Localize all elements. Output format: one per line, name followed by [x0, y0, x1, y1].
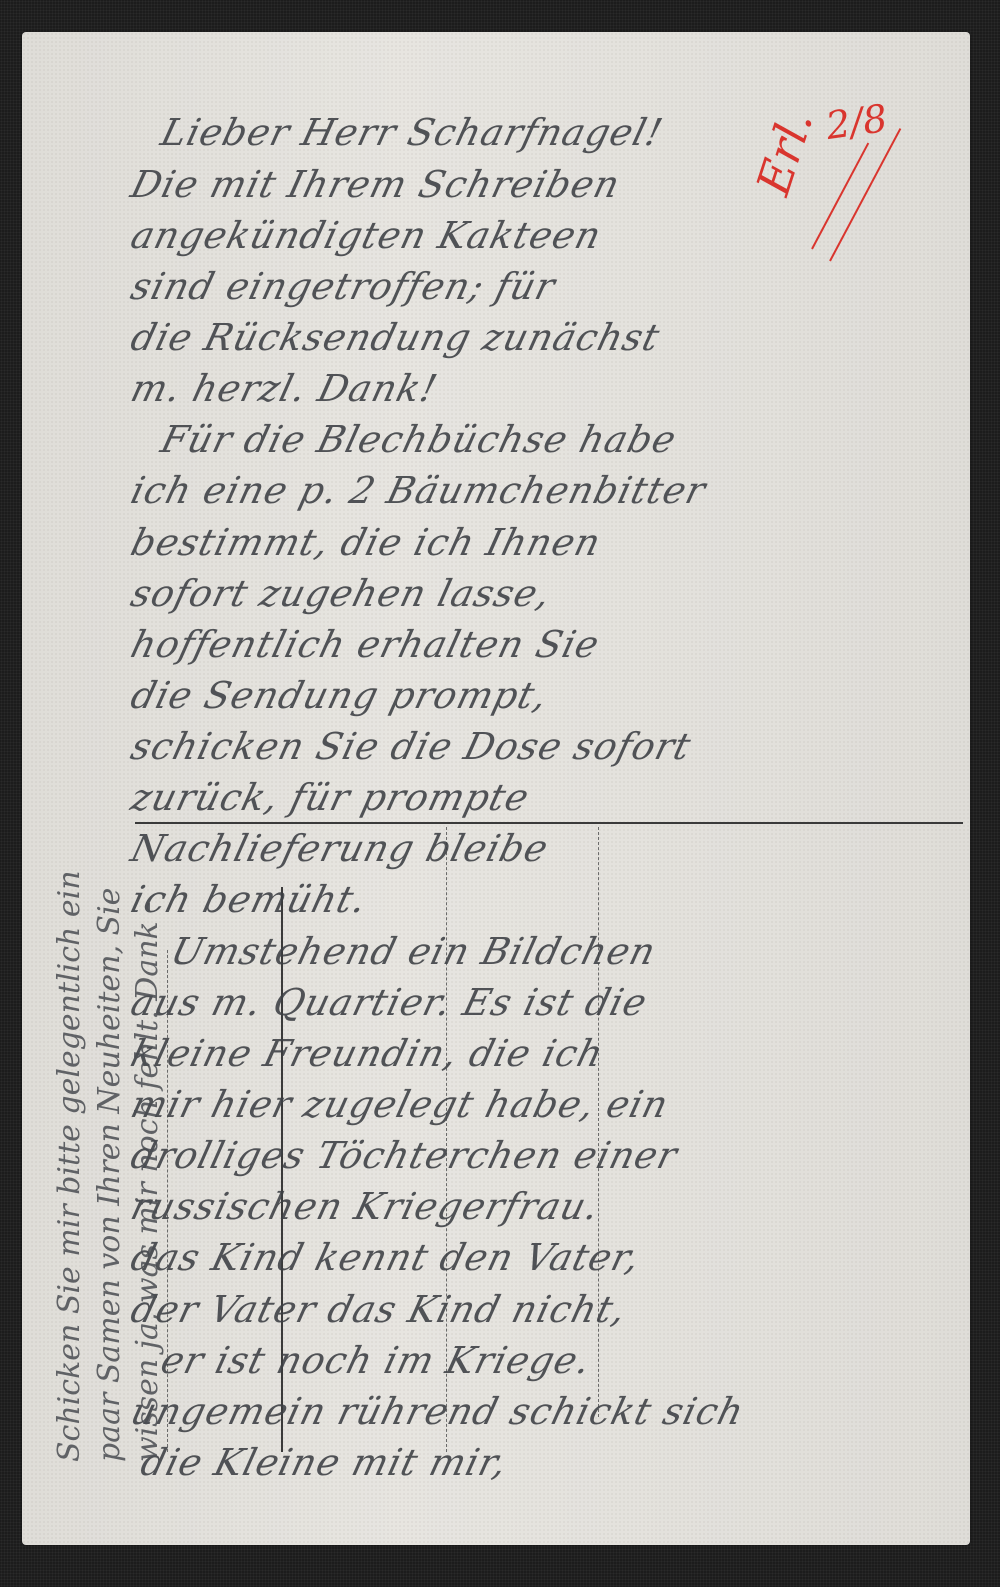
handwritten-line: ungemein rührend schickt sich	[127, 1390, 749, 1433]
postcard-back: Lieber Herr Scharfnagel!Die mit Ihrem Sc…	[22, 32, 970, 1545]
handwritten-line: kleine Freundin, die ich	[127, 1032, 609, 1075]
handwritten-line: ich eine p. 2 Bäumchenbitter	[127, 469, 711, 512]
handwritten-line: drolliges Töchterchen einer	[127, 1134, 682, 1177]
margin-line: wissen ja, was mir noch fehlt. Dank -	[130, 902, 165, 1462]
handwritten-line: bestimmt, die ich Ihnen	[127, 521, 606, 564]
handwritten-line: m. herzl. Dank!	[127, 367, 442, 410]
handwritten-line: schicken Sie die Dose sofort	[127, 725, 696, 768]
handwritten-line: Nachlieferung bleibe	[127, 827, 553, 870]
handwritten-line: Lieber Herr Scharfnagel!	[157, 111, 668, 154]
handwritten-line: das Kind kennt den Vater,	[127, 1236, 645, 1279]
margin-line: paar Samen von Ihren Neuheiten, Sie	[92, 888, 127, 1462]
handwritten-line: die Rücksendung zunächst	[127, 316, 665, 359]
annotation-strike-2	[811, 143, 869, 250]
handwritten-line: sofort zugehen lasse,	[127, 572, 556, 615]
annotation-code: Erl.	[746, 104, 824, 201]
handwritten-line: hoffentlich erhalten Sie	[127, 623, 605, 666]
handwritten-line: der Vater das Kind nicht,	[127, 1288, 631, 1331]
handwritten-line: sind eingetroffen; für	[127, 265, 560, 308]
handwritten-line: russischen Kriegerfrau.	[127, 1185, 604, 1228]
handwritten-line: aus m. Quartier. Es ist die	[127, 981, 652, 1024]
handwritten-line: die Kleine mit mir,	[137, 1441, 512, 1484]
printed-horizontal-rule	[135, 822, 963, 824]
handwritten-line: Umstehend ein Bildchen	[167, 930, 661, 973]
handwritten-line: angekündigten Kakteen	[127, 214, 606, 257]
handwritten-line: er ist noch im Kriege.	[157, 1339, 596, 1382]
handwritten-line: zurück, für prompte	[127, 776, 534, 819]
handwritten-line: mir hier zugelegt habe, ein	[127, 1083, 674, 1126]
handwritten-line: Die mit Ihrem Schreiben	[127, 163, 625, 206]
handwritten-line: Für die Blechbüchse habe	[157, 418, 682, 461]
handwritten-line: die Sendung prompt,	[127, 674, 553, 717]
annotation-ref: 2/8	[823, 96, 890, 148]
margin-line: Schicken Sie mir bitte gelegentlich ein	[52, 870, 87, 1462]
margin-vertical-writing: Schicken Sie mir bitte gelegentlich einp…	[40, 32, 170, 1545]
